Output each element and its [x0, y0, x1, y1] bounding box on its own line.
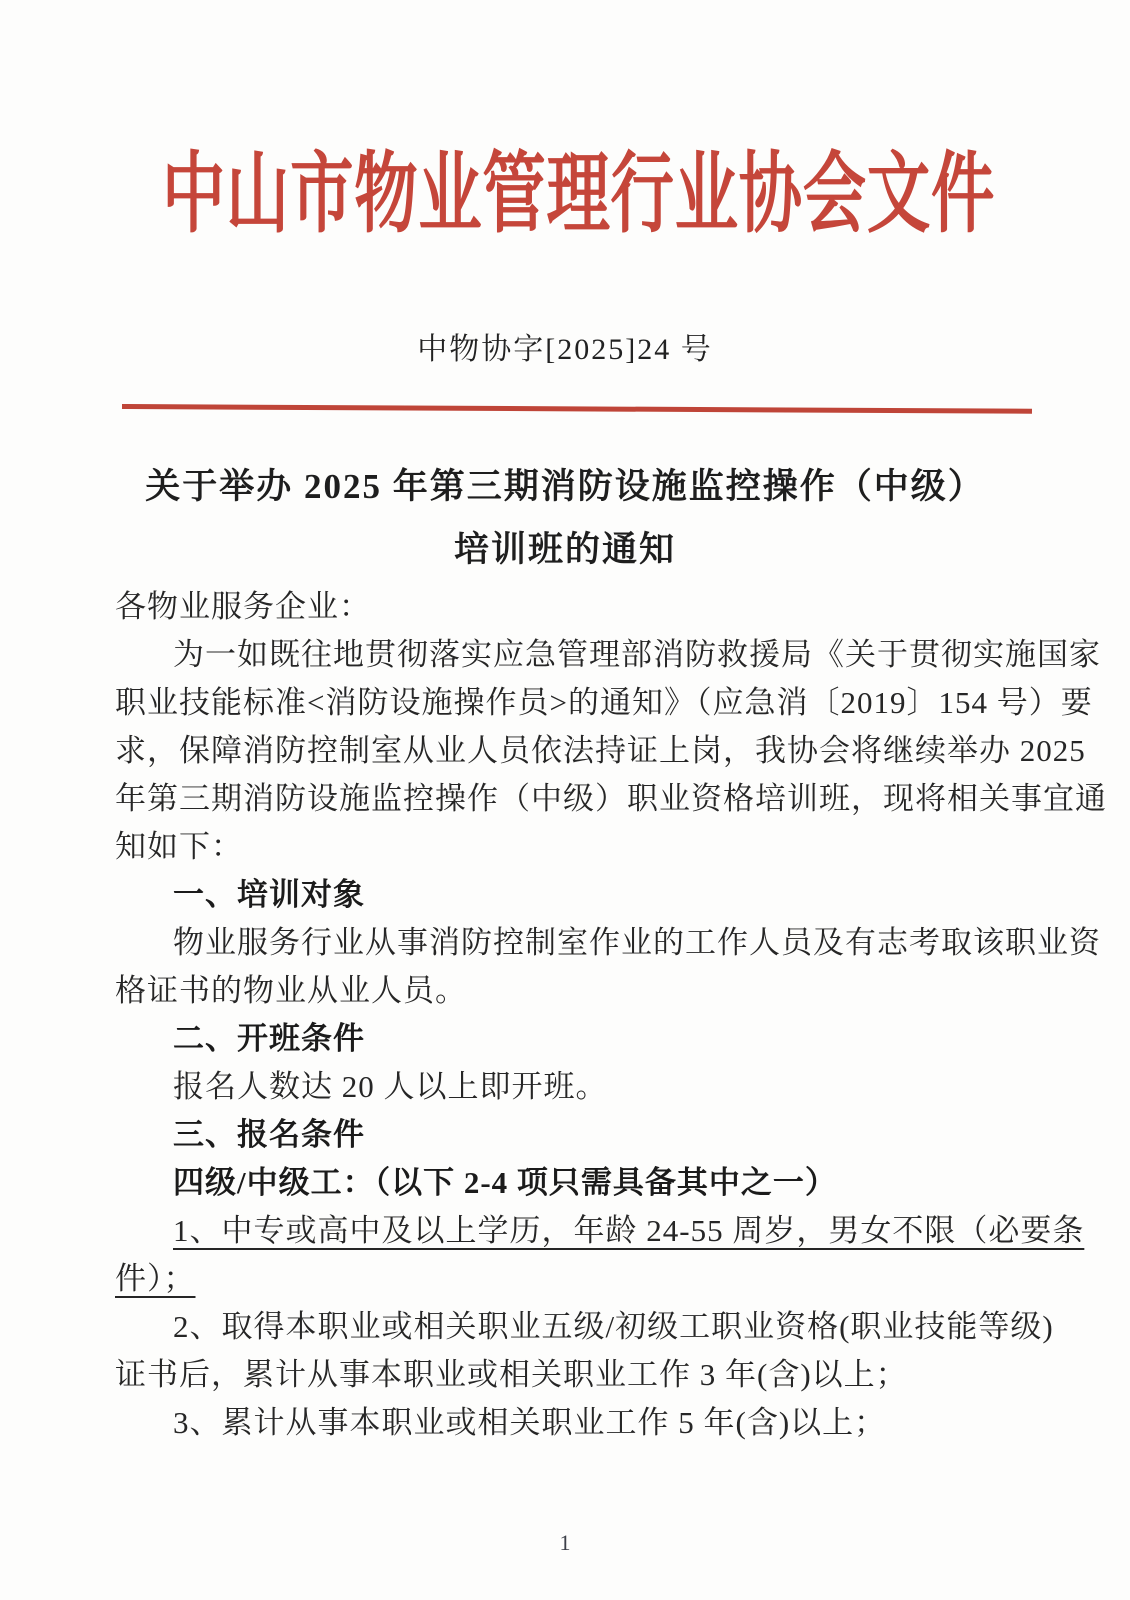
- body-line: 3、累计从事本职业或相关职业工作 5 年(含)以上；: [115, 1399, 1020, 1447]
- red-divider-line: [122, 404, 1032, 414]
- body-line: 报名人数达 20 人以上即开班。: [115, 1063, 1020, 1111]
- body-line: 一、培训对象: [115, 871, 1020, 919]
- document-page: 中山市物业管理行业协会文件 中物协字[2025]24 号 关于举办 2025 年…: [0, 0, 1130, 1600]
- body-line: 四级/中级工：（以下 2-4 项只需具备其中之一）: [115, 1159, 1020, 1207]
- body-line: 职业技能标准<消防设施操作员>的通知》（应急消〔2019〕154 号）要: [115, 679, 1020, 727]
- body-line: 知如下：: [115, 823, 1020, 871]
- body-line: 件）；: [115, 1255, 1020, 1303]
- doc-title-line1: 关于举办 2025 年第三期消防设施监控操作（中级）: [0, 455, 1130, 518]
- document-body: 各物业服务企业：为一如既往地贯彻落实应急管理部消防救援局《关于贯彻实施国家职业技…: [0, 583, 1130, 1447]
- body-line: 求，保障消防控制室从业人员依法持证上岗，我协会将继续举办 2025: [115, 727, 1020, 775]
- body-line: 二、开班条件: [115, 1015, 1020, 1063]
- body-line: 三、报名条件: [115, 1111, 1020, 1159]
- body-line: 1、中专或高中及以上学历，年龄 24-55 周岁，男女不限（必要条: [115, 1207, 1020, 1255]
- doc-number: 中物协字[2025]24 号: [0, 332, 1130, 368]
- doc-title: 关于举办 2025 年第三期消防设施监控操作（中级） 培训班的通知: [0, 455, 1130, 581]
- org-banner: 中山市物业管理行业协会文件: [0, 0, 1130, 268]
- body-line: 证书后，累计从事本职业或相关职业工作 3 年(含)以上；: [115, 1351, 1020, 1399]
- org-title: 中山市物业管理行业协会文件: [162, 148, 995, 244]
- body-line: 各物业服务企业：: [115, 583, 1020, 631]
- body-line: 格证书的物业从业人员。: [115, 967, 1020, 1015]
- body-line: 2、取得本职业或相关职业五级/初级工职业资格(职业技能等级): [115, 1303, 1020, 1351]
- body-line: 年第三期消防设施监控操作（中级）职业资格培训班，现将相关事宜通: [115, 775, 1020, 823]
- doc-title-line2: 培训班的通知: [0, 518, 1130, 581]
- page-number: 1: [0, 1530, 1130, 1556]
- body-line: 为一如既往地贯彻落实应急管理部消防救援局《关于贯彻实施国家: [115, 631, 1020, 679]
- body-line: 物业服务行业从事消防控制室作业的工作人员及有志考取该职业资: [115, 919, 1020, 967]
